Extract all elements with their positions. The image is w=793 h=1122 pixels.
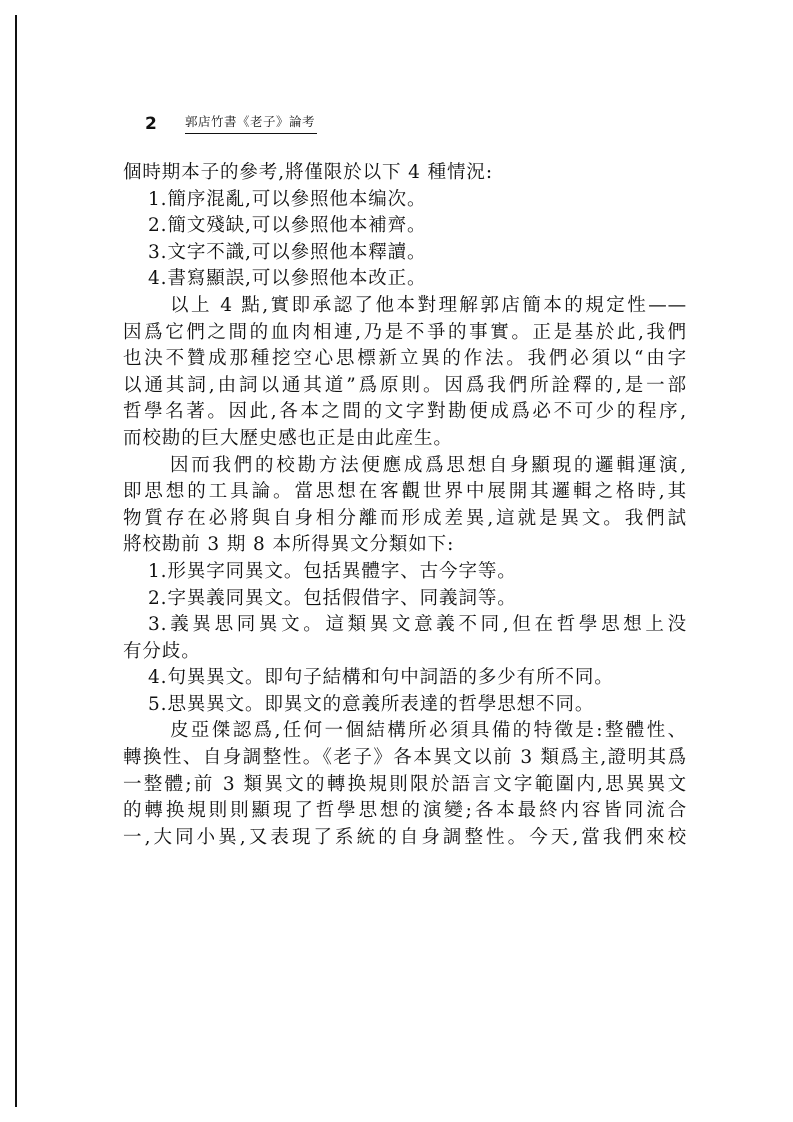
text-line: 一,大同小異,又表現了系統的自身調整性。今天,當我們來校 xyxy=(123,825,687,852)
page-number: 2 xyxy=(145,114,185,134)
list-item: 1.形異字同異文。包括異體字、古今字等。 xyxy=(123,559,687,586)
text-line: 即思想的工具論。當思想在客觀世界中展開其邏輯之格時,其 xyxy=(123,479,687,506)
list-item: 1.簡序混亂,可以參照他本编次。 xyxy=(123,187,687,214)
page-binding-line xyxy=(15,15,17,1107)
list-item: 2.字異義同異文。包括假借字、同義詞等。 xyxy=(123,586,687,613)
list-item: 3.文字不識,可以參照他本釋讀。 xyxy=(123,240,687,267)
list-item: 4.句異異文。即句子結構和句中詞語的多少有所不同。 xyxy=(123,665,687,692)
paragraph-first-line: 因而我們的校勘方法便應成爲思想自身顯現的邏輯運演, xyxy=(123,453,687,480)
text-line: 物質存在必將與自身相分離而形成差異,這就是異文。我們試 xyxy=(123,506,687,533)
paragraph-first-line: 以上 4 點,實即承認了他本對理解郭店簡本的規定性—— xyxy=(123,293,687,320)
text-line: 以通其詞,由詞以通其道”爲原則。因爲我們所詮釋的,是一部 xyxy=(123,373,687,400)
list-item: 3.義異思同異文。這類異文意義不同,但在哲學思想上没 xyxy=(123,612,687,639)
text-line: 因爲它們之間的血肉相連,乃是不爭的事實。正是基於此,我們 xyxy=(123,320,687,347)
text-line: 哲學名著。因此,各本之間的文字對勘便成爲必不可少的程序, xyxy=(123,399,687,426)
text-line: 一整體;前 3 類異文的轉换規則限於語言文字範圍内,思異異文 xyxy=(123,772,687,799)
list-item: 5.思異異文。即異文的意義所表達的哲學思想不同。 xyxy=(123,692,687,719)
text-line: 個時期本子的參考,將僅限於以下 4 種情況: xyxy=(123,160,687,187)
list-item: 2.簡文殘缺,可以參照他本補齊。 xyxy=(123,213,687,240)
paragraph-first-line: 皮亞傑認爲,任何一個結構所必須具備的特徵是:整體性、 xyxy=(123,718,687,745)
text-line: 轉換性、自身調整性。《老子》各本異文以前 3 類爲主,證明其爲 xyxy=(123,745,687,772)
text-line: 將校勘前 3 期 8 本所得異文分類如下: xyxy=(123,532,687,559)
running-title: 郭店竹書《老子》論考 xyxy=(185,113,317,134)
list-item: 4.書寫顯誤,可以參照他本改正。 xyxy=(123,266,687,293)
running-header: 2 郭店竹書《老子》論考 xyxy=(145,108,317,134)
text-line: 有分歧。 xyxy=(123,639,687,666)
text-line: 也決不贊成那種挖空心思標新立異的作法。我們必須以“由字 xyxy=(123,346,687,373)
text-line: 的轉换規則則顯現了哲學思想的演變;各本最終内容皆同流合 xyxy=(123,798,687,825)
text-line: 而校勘的巨大歷史感也正是由此産生。 xyxy=(123,426,687,453)
body-text: 個時期本子的參考,將僅限於以下 4 種情況: 1.簡序混亂,可以參照他本编次。 … xyxy=(123,160,687,851)
